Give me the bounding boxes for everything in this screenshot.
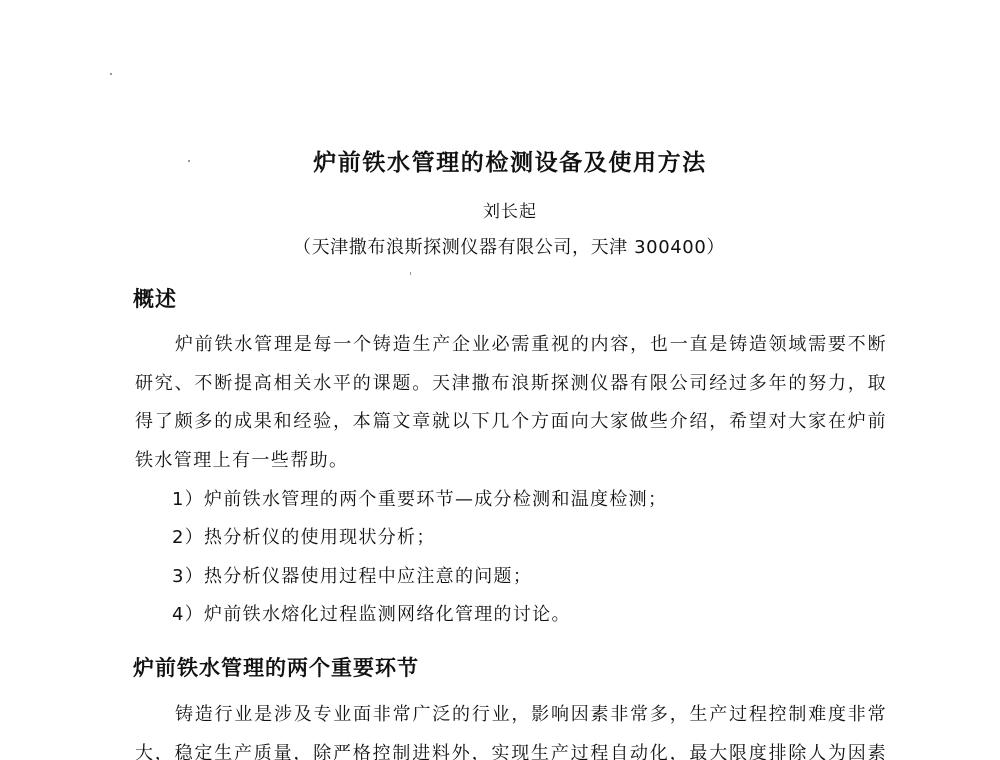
- paper-title: 炉前铁水管理的检测设备及使用方法: [0, 144, 1000, 177]
- paragraph-line: 炉前铁水管理是每一个铸造生产企业必需重视的内容，也一直是铸造领域需要不断: [175, 330, 887, 356]
- list-item: 3）热分析仪器使用过程中应注意的问题；: [172, 562, 532, 588]
- paragraph-line: 得了颇多的成果和经验，本篇文章就以下几个方面向大家做些介绍，希望对大家在炉前: [135, 407, 887, 433]
- scan-speck: [110, 73, 112, 75]
- section-heading-overview: 概述: [133, 283, 177, 313]
- list-item: 2）热分析仪的使用现状分析；: [172, 523, 436, 549]
- document-page: 炉前铁水管理的检测设备及使用方法 刘长起 （天津撒布浪斯探测仪器有限公司，天津 …: [0, 0, 1000, 760]
- section-heading-two-key-links: 炉前铁水管理的两个重要环节: [133, 652, 419, 682]
- author-name: 刘长起: [0, 197, 1000, 222]
- paragraph-line: 铸造行业是涉及专业面非常广泛的行业，影响因素非常多，生产过程控制难度非常: [175, 700, 887, 726]
- scan-speck: [410, 272, 411, 275]
- paragraph-line: 铁水管理上有一些帮助。: [135, 446, 887, 472]
- list-item: 4）炉前铁水熔化过程监测网络化管理的讨论。: [172, 600, 571, 626]
- paragraph-line: 研究、不断提高相关水平的课题。天津撒布浪斯探测仪器有限公司经过多年的努力，取: [135, 369, 887, 395]
- author-affiliation: （天津撒布浪斯探测仪器有限公司，天津 300400）: [0, 233, 1000, 259]
- list-item: 1）炉前铁水管理的两个重要环节—成分检测和温度检测；: [172, 485, 667, 511]
- paragraph-line: 大，稳定生产质量，除严格控制进料外，实现生产过程自动化，最大限度排除人为因素: [135, 739, 887, 760]
